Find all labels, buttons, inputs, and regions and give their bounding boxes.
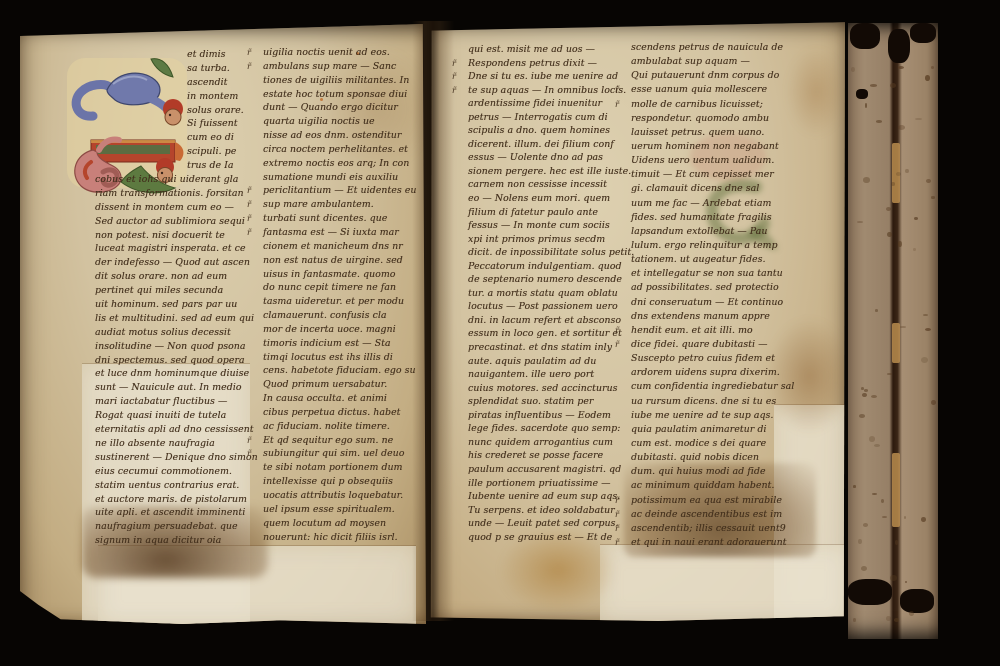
text-line: dit solus orare. non ad eum <box>95 271 245 285</box>
text-line: aute. aquis paulatim ad du <box>468 356 620 370</box>
text-line: nauigantem. ille uero port <box>468 369 620 383</box>
line-text: ascendit <box>187 77 227 88</box>
text-line: carnem non cessisse incessit <box>468 179 620 193</box>
edge-speck <box>898 66 904 69</box>
text-line: essus — Uolente dno ad pas <box>468 152 620 166</box>
line-text: dni spectemus. sed quod opera <box>95 355 245 366</box>
edge-speck <box>925 328 931 331</box>
text-line: mor de incerta uoce. magni <box>263 324 409 338</box>
text-line: statim uentus contrarius erat. <box>95 480 245 494</box>
line-text: et dimis <box>187 49 225 60</box>
line-text: te sibi notam portionem dum <box>263 462 402 473</box>
edge-speck <box>921 517 927 522</box>
text-line: uite apli. et ascendit imminenti <box>95 507 245 521</box>
line-text: sionem pergere. hec est ille iuste. <box>468 166 631 177</box>
line-text: uum me fac — Ardebat etiam <box>631 198 771 209</box>
text-line: qui est. misit me ad uos — <box>468 44 620 58</box>
edge-speck <box>895 540 898 545</box>
line-text: circa noctem perhelitantes. et <box>263 144 408 155</box>
line-text: audiat motus solius decessit <box>95 327 231 338</box>
paragraph-mark: r̃ <box>615 100 619 109</box>
line-text: cobus et iohs qui uiderant gla <box>95 174 238 185</box>
line-text: et intellegatur se non sua tantu <box>631 268 783 279</box>
line-text: uigilia noctis uenit ad eos. <box>263 47 390 58</box>
text-line: Iubente uenire ad eum sup aqs. <box>468 491 620 505</box>
edge-speck <box>891 182 895 185</box>
edge-speck <box>905 169 909 174</box>
text-line: sumatione mundi eis auxiliu <box>263 172 409 186</box>
text-column-left-2: r̃uigilia noctis uenit ad eos.r̃ambulans… <box>263 47 409 545</box>
line-text: sunt — Nauicule aut. In medio <box>95 382 241 393</box>
text-line: lauisset petrus. quem uano. <box>631 127 809 141</box>
line-text: quod p se grauius est — Et de <box>468 532 612 543</box>
text-line: r̃periclitantium — Et uidentes eu <box>263 185 409 199</box>
line-text: dit solus orare. non ad eum <box>95 271 227 282</box>
text-line: Rogat quasi inuiti de tutela <box>95 410 245 424</box>
line-text: nouerunt: hic dicit filiis isrl. <box>263 532 398 543</box>
text-line: der indefesso — Quod aut ascen <box>95 257 245 271</box>
line-text: hendit eum. et ait illi. mo <box>631 325 753 336</box>
text-line: cobus et iohs qui uiderant gla <box>95 174 245 188</box>
text-line: estate hoc totum sponsae diui <box>263 89 409 103</box>
text-line: ne illo absente naufragia <box>95 438 245 452</box>
line-text: tiones de uigiliis militantes. In <box>263 75 409 86</box>
text-line: mari iactabatur fluctibus — <box>95 396 245 410</box>
line-text: statim uentus contrarius erat. <box>95 480 239 491</box>
text-line: essum in loco gen. et sortitur et <box>468 328 620 342</box>
line-text: cum eo di <box>187 132 234 143</box>
text-line: r̃molle de carnibus licuisset; <box>631 99 809 113</box>
line-text: fantasma est — Si iuxta mar <box>263 227 399 238</box>
text-line: cum eo di <box>187 132 245 146</box>
line-text: mor de incerta uoce. magni <box>263 324 396 335</box>
paragraph-mark: r̃ <box>615 510 619 519</box>
line-text: lauisset petrus. quem uano. <box>631 127 764 138</box>
text-line: petrus — Interrogatis cum di <box>468 112 620 126</box>
line-text: te sup aquas — In omnibus locis. <box>468 85 626 96</box>
text-line: Suscepto petro cuius fidem et <box>631 353 809 367</box>
text-line: cuius motores. sed accincturus <box>468 383 620 397</box>
text-line: xpi int primos primus secdm <box>468 234 620 248</box>
text-line: splendidat suo. statim per <box>468 396 620 410</box>
text-column-right-2: scendens petrus de nauicula deambulabat … <box>631 42 809 551</box>
line-text: ua rursum dicens. dne si tu es <box>631 396 776 407</box>
text-line: do nunc cepit timere ne fan <box>263 282 409 296</box>
text-line: fides. sed humanitate fragilis <box>631 212 809 226</box>
paragraph-mark: r̃ <box>615 85 619 94</box>
edge-speck <box>861 566 867 571</box>
line-text: uocatis attributis loquebatur. <box>263 490 403 501</box>
line-text: Sed auctor ad sublimiora sequi <box>95 216 245 227</box>
edge-speck <box>874 444 880 447</box>
line-text: timqi locutus est ihs illis di <box>263 352 393 363</box>
edge-speck <box>914 217 918 220</box>
text-line: Peccatorum indulgentiam. quod <box>468 261 620 275</box>
line-text: uel ipsum esse spiritualem. <box>263 504 395 515</box>
line-text: quem locutum ad moysen <box>263 518 386 529</box>
line-text: Tu serpens. et ideo soldabatur <box>468 505 615 516</box>
line-text: der indefesso — Quod aut ascen <box>95 257 250 268</box>
line-text: iube me uenire ad te sup aqs. <box>631 410 773 421</box>
edge-speck <box>905 581 907 583</box>
text-line: r̃turbati sunt dicentes. que <box>263 213 409 227</box>
text-line: fessus — In monte cum sociis <box>468 220 620 234</box>
line-text: eo — Nolens eum mori. quem <box>468 193 610 204</box>
text-line: uisus in fantasmate. quomo <box>263 269 409 283</box>
text-line: clamauerunt. confusis cla <box>263 310 409 324</box>
line-text: Rogat quasi inuiti de tutela <box>95 410 226 421</box>
edge-speck <box>904 516 906 519</box>
text-line: tur. a mortis statu quam oblatu <box>468 288 620 302</box>
edge-blotch <box>856 89 868 99</box>
edge-speck <box>890 83 896 88</box>
edge-speck <box>925 75 930 80</box>
line-text: Iubente uenire ad eum sup aqs. <box>468 491 620 502</box>
line-text: uisus in fantasmate. quomo <box>263 269 395 280</box>
edge-speck <box>870 84 877 87</box>
text-line: timqi locutus est ihs illis di <box>263 352 409 366</box>
text-line: intellexisse qui p obsequiis <box>263 476 409 490</box>
line-text: mari iactabatur fluctibus — <box>95 396 227 407</box>
line-text: dubitasti. quid nobis dicen <box>631 452 759 463</box>
text-line: cionem et manicheum dns nr <box>263 241 409 255</box>
text-line: et intellegatur se non sua tantu <box>631 268 809 282</box>
edge-speck <box>858 539 862 544</box>
text-line: nisse ad eos dnm. ostenditur <box>263 130 409 144</box>
line-text: carnem non cessisse incessit <box>468 179 607 190</box>
line-text: dicerent. illum. dei filium conf <box>468 139 614 150</box>
line-text: gi. clamauit dicens dne sal <box>631 183 759 194</box>
line-text: Uidens uero uentum ualidum. <box>631 155 774 166</box>
line-text: eternitatis apli ad dno cessissent <box>95 424 254 435</box>
line-text: Suscepto petro cuius fidem et <box>631 353 775 364</box>
text-line: et auctore maris. de pistolarum <box>95 494 245 508</box>
text-line: quem locutum ad moysen <box>263 518 409 532</box>
line-text: essus — Uolente dno ad pas <box>468 152 603 163</box>
text-line: et dimis <box>187 49 245 63</box>
text-line: Tu serpens. et ideo soldabatur <box>468 505 620 519</box>
text-line: dissent in montem cum eo — <box>95 202 245 216</box>
edge-blotch <box>850 23 880 49</box>
paragraph-mark: r̃ <box>247 48 251 57</box>
text-line: lapsandum extollebat — Pau <box>631 226 809 240</box>
line-text: piratas influentibus — Eodem <box>468 410 611 421</box>
line-text: sup mare ambulantem. <box>263 199 374 210</box>
text-line: Quod primum uersabatur. <box>263 379 409 393</box>
edge-speck <box>869 436 876 442</box>
text-line: r̃Et qd sequitur ego sum. ne <box>263 435 409 449</box>
text-line: nunc quidem arrogantius cum <box>468 437 620 451</box>
edge-speck <box>915 118 921 120</box>
text-line: scendens petrus de nauicula de <box>631 42 809 56</box>
paragraph-mark: r̃ <box>452 72 456 81</box>
line-text: sa turba. <box>187 63 230 74</box>
text-line: dubitasti. quid nobis dicen <box>631 452 809 466</box>
line-text: ad possibilitates. sed protectio <box>631 282 779 293</box>
text-line: eo — Nolens eum mori. quem <box>468 193 620 207</box>
line-text: sustinerent — Denique dno simon <box>95 452 258 463</box>
line-text: ac minimum quiddam habent. <box>631 480 774 491</box>
text-line: r̃te sup aquas — In omnibus locis. <box>468 85 620 99</box>
line-text: qui est. misit me ad uos — <box>468 44 595 55</box>
edge-blotch <box>900 589 934 613</box>
text-line: scipulis a dno. quem homines <box>468 125 620 139</box>
line-text: cibus perpetua dictus. habet <box>263 407 400 418</box>
line-text: timuit — Et cum cepisset mer <box>631 169 774 180</box>
edge-blotch <box>888 29 910 63</box>
text-line: sa turba. <box>187 63 245 77</box>
line-text: nisse ad eos dnm. ostenditur <box>263 130 401 141</box>
line-text: Peccatorum indulgentiam. quod <box>468 261 622 272</box>
line-text: quia paulatim animaretur di <box>631 424 766 435</box>
text-line: ad possibilitates. sed protectio <box>631 282 809 296</box>
line-text: insolitudine — Non quod psona <box>95 341 246 352</box>
text-line: iube me uenire ad te sup aqs. <box>631 410 809 424</box>
text-line: uel ipsum esse spiritualem. <box>263 504 409 518</box>
text-line: precastinat. et dns statim inly <box>468 342 620 356</box>
text-line: eius cecumui commotionem. <box>95 466 245 480</box>
edge-speck <box>863 523 868 527</box>
line-text: subiungitur qui sim. uel deuo <box>263 448 404 459</box>
line-text: Et qd sequitur ego sum. ne <box>263 435 393 446</box>
edge-speck <box>886 207 891 211</box>
line-text: cionem et manicheum dns nr <box>263 241 403 252</box>
paragraph-mark: r̃ <box>247 228 251 237</box>
text-line: Qui putauerunt dnm corpus do <box>631 70 809 84</box>
line-text: intellexisse qui p obsequiis <box>263 476 393 487</box>
line-text: dissent in montem cum eo — <box>95 202 234 213</box>
fore-edge-strip <box>848 23 938 639</box>
text-line: lege fides. sacerdote quo semp: <box>468 423 620 437</box>
line-text: et luce dnm hominumque diuise <box>95 368 249 379</box>
line-text: fessus — In monte cum sociis <box>468 220 610 231</box>
text-line: non potest. nisi docuerit te <box>95 230 245 244</box>
text-line: de septenario numero descende <box>468 274 620 288</box>
line-text: essum in loco gen. et sortitur et <box>468 328 622 339</box>
paragraph-mark: r̃ <box>247 200 251 209</box>
repair-patch <box>600 545 850 625</box>
text-line: quarta uigilia noctis ue <box>263 116 409 130</box>
line-text: ascendentib; illis cessauit uent9 <box>631 523 786 534</box>
text-line: dum. qui huius modi ad fide <box>631 466 809 480</box>
text-line: tationem. ut augeatur fides. <box>631 254 809 268</box>
edge-speck <box>898 241 901 246</box>
text-line: ascendit <box>187 77 245 91</box>
edge-speck <box>931 196 935 198</box>
text-line: uum me fac — Ardebat etiam <box>631 198 809 212</box>
text-line: r̃Dne si tu es. iube me uenire ad <box>468 71 620 85</box>
line-text: do nunc cepit timere ne fan <box>263 282 396 293</box>
text-line: naufragium persuadebat. que <box>95 521 245 535</box>
text-line: ac fiduciam. nolite timere. <box>263 421 409 435</box>
edge-speck <box>886 616 891 622</box>
line-text: ac deinde ascendentibus est im <box>631 509 782 520</box>
line-text: sumatione mundi eis auxiliu <box>263 172 398 183</box>
text-line: sionem pergere. hec est ille iuste. <box>468 166 620 180</box>
text-line: ardentissime fidei inuenitur <box>468 98 620 112</box>
edge-speck <box>894 618 899 621</box>
paragraph-mark: r̃ <box>247 186 251 195</box>
text-line: et luce dnm hominumque diuise <box>95 368 245 382</box>
edge-speck <box>851 67 855 72</box>
line-text: non potest. nisi docuerit te <box>95 230 225 241</box>
text-line: cum confidentia ingrediebatur sal <box>631 381 809 395</box>
crack-fragment <box>892 453 900 527</box>
line-text: dns extendens manum appre <box>631 311 770 322</box>
text-line: dni spectemus. sed quod opera <box>95 355 245 369</box>
paragraph-mark: r̃ <box>247 62 251 71</box>
line-text: lege fides. sacerdote quo semp: <box>468 423 620 434</box>
line-text: uerum hominem non negabant <box>631 141 779 152</box>
edge-speck <box>853 618 856 622</box>
text-line: solus orare. <box>187 105 245 119</box>
text-line: paulum accusarent magistri. qd <box>468 464 620 478</box>
paragraph-mark: r̃ <box>247 449 251 458</box>
text-line: timuit — Et cum cepisset mer <box>631 169 809 183</box>
text-line: scipuli. pe <box>187 146 245 160</box>
edge-speck <box>853 485 855 488</box>
line-text: splendidat suo. statim per <box>468 396 593 407</box>
text-line: dns extendens manum appre <box>631 311 809 325</box>
edge-speck <box>913 248 916 252</box>
edge-blotch <box>848 579 892 605</box>
text-line: lis et multitudini. sed ad eum qui <box>95 313 245 327</box>
text-line: filium di fatetur paulo ante <box>468 207 620 221</box>
line-text: Dne si tu es. iube me uenire ad <box>468 71 618 82</box>
line-text: et auctore maris. de pistolarum <box>95 494 247 505</box>
edge-speck <box>931 66 934 69</box>
edge-speck <box>931 400 936 405</box>
manuscript-photo: et dimissa turba.ascenditin montemsolus … <box>0 0 1000 666</box>
line-text: paulum accusarent magistri. qd <box>468 464 621 475</box>
edge-speck <box>921 357 928 363</box>
line-text: petrus — Interrogatis cum di <box>468 112 608 123</box>
paragraph-mark: r̃ <box>615 340 619 349</box>
edge-speck <box>890 575 897 580</box>
line-text: cum confidentia ingrediebatur sal <box>631 381 794 392</box>
edge-blotch <box>910 23 936 43</box>
line-text: solus orare. <box>187 105 244 116</box>
text-line: r̃uigilia noctis uenit ad eos. <box>263 47 409 61</box>
text-line: Si fuissent <box>187 118 245 132</box>
line-text: ille portionem priuatissime — <box>468 478 611 489</box>
edge-speck <box>859 414 865 418</box>
line-text: scendens petrus de nauicula de <box>631 42 783 53</box>
line-text: precastinat. et dns statim inly <box>468 342 612 353</box>
text-line: non est natus de uirgine. sed <box>263 255 409 269</box>
text-line: r̃ascendentib; illis cessauit uent9 <box>631 523 809 537</box>
text-line: sunt — Nauicule aut. In medio <box>95 382 245 396</box>
line-text: cens. habetote fiduciam. ego su <box>263 365 416 376</box>
line-text: ardorem uidens supra dixerim. <box>631 367 780 378</box>
line-text: unde — Leuit patet sed corpus. <box>468 518 618 529</box>
line-text: scipulis a dno. quem homines <box>468 125 610 136</box>
text-line: unde — Leuit patet sed corpus. <box>468 518 620 532</box>
edge-speck <box>872 493 877 495</box>
text-line: trus de Ia <box>187 160 245 174</box>
line-text: Qui putauerunt dnm corpus do <box>631 70 779 81</box>
line-text: dni. in lacum refert et absconso <box>468 315 621 326</box>
text-line: quia paulatim animaretur di <box>631 424 809 438</box>
line-text: periclitantium — Et uidentes eu <box>263 185 416 196</box>
text-line: cum est. modice s dei quare <box>631 438 809 452</box>
text-line: ille portionem priuatissime — <box>468 478 620 492</box>
line-text: dunt — Quando ergo dicitur <box>263 102 398 113</box>
text-line: ua rursum dicens. dne si tu es <box>631 396 809 410</box>
line-text: ambulans sup mare — Sanc <box>263 61 396 72</box>
line-text: estate hoc totum sponsae diui <box>263 89 407 100</box>
text-line: gi. clamauit dicens dne sal <box>631 183 809 197</box>
text-line: uit hominum. sed pars par uu <box>95 299 245 313</box>
line-text: ambulabat sup aquam — <box>631 56 750 67</box>
line-text: dice fidei. quare dubitasti — <box>631 339 768 350</box>
edge-speck <box>882 516 887 518</box>
line-text: quarta uigilia noctis ue <box>263 116 375 127</box>
text-line: extremo noctis eos arq; In con <box>263 158 409 172</box>
text-line: In causa occulta. et animi <box>263 393 409 407</box>
line-text: naufragium persuadebat. que <box>95 521 238 532</box>
text-line: uerum hominem non negabant <box>631 141 809 155</box>
line-text: nauigantem. ille uero port <box>468 369 594 380</box>
line-text: filium di fatetur paulo ante <box>468 207 598 218</box>
edge-speck <box>864 389 869 392</box>
line-text: ne illo absente naufragia <box>95 438 215 449</box>
edge-speck <box>900 326 906 328</box>
line-text: lapsandum extollebat — Pau <box>631 226 767 237</box>
text-line: riam transformationis. forsitan <box>95 188 245 202</box>
text-column-left-1: et dimissa turba.ascenditin montemsolus … <box>95 49 245 549</box>
text-column-right-1: qui est. misit me ad uos —r̃Respondens p… <box>468 44 620 545</box>
text-line: ambulabat sup aquam — <box>631 56 809 70</box>
text-line: respondetur. quomodo ambu <box>631 113 809 127</box>
paragraph-mark: r̃ <box>615 524 619 533</box>
paragraph-mark: r̃ <box>452 59 456 68</box>
text-line: r̃hendit eum. et ait illi. mo <box>631 325 809 339</box>
text-line: dunt — Quando ergo dicitur <box>263 102 409 116</box>
line-text: riam transformationis. forsitan <box>95 188 244 199</box>
line-text: tationem. ut augeatur fides. <box>631 254 766 265</box>
edge-speck <box>876 120 882 122</box>
line-text: his crederet se posse facere <box>468 450 603 461</box>
line-text: cum est. modice s dei quare <box>631 438 766 449</box>
text-line: r̃fantasma est — Si iuxta mar <box>263 227 409 241</box>
text-line: r̃potissimum ea qua est mirabile <box>631 495 809 509</box>
text-line: r̃ac deinde ascendentibus est im <box>631 509 809 523</box>
text-line: Uidens uero uentum ualidum. <box>631 155 809 169</box>
line-text: Si fuissent <box>187 118 238 129</box>
text-line: ardorem uidens supra dixerim. <box>631 367 809 381</box>
line-text: in montem <box>187 91 238 102</box>
edge-speck <box>863 177 869 182</box>
text-line: ac minimum quiddam habent. <box>631 480 809 494</box>
line-text: turbati sunt dicentes. que <box>263 213 387 224</box>
line-text: nunc quidem arrogantius cum <box>468 437 613 448</box>
text-line: tasma uideretur. et per modu <box>263 296 409 310</box>
text-line: dni. in lacum refert et absconso <box>468 315 620 329</box>
line-text: dicit. de inpossibilitate solus petit. <box>468 247 634 258</box>
text-line: r̃Respondens petrus dixit — <box>468 58 620 72</box>
line-text: fides. sed humanitate fragilis <box>631 212 772 223</box>
text-line: dicerent. illum. dei filium conf <box>468 139 620 153</box>
edge-speck <box>875 309 878 312</box>
paragraph-mark: r̃ <box>452 86 456 95</box>
text-line: piratas influentibus — Eodem <box>468 410 620 424</box>
text-line: r̃dice fidei. quare dubitasti — <box>631 339 809 353</box>
crack-fragment <box>892 323 900 363</box>
line-text: luceat magistri insperata. et ce <box>95 243 246 254</box>
line-text: lulum. ergo relinquitur a temp <box>631 240 778 251</box>
edge-speck <box>898 125 905 130</box>
